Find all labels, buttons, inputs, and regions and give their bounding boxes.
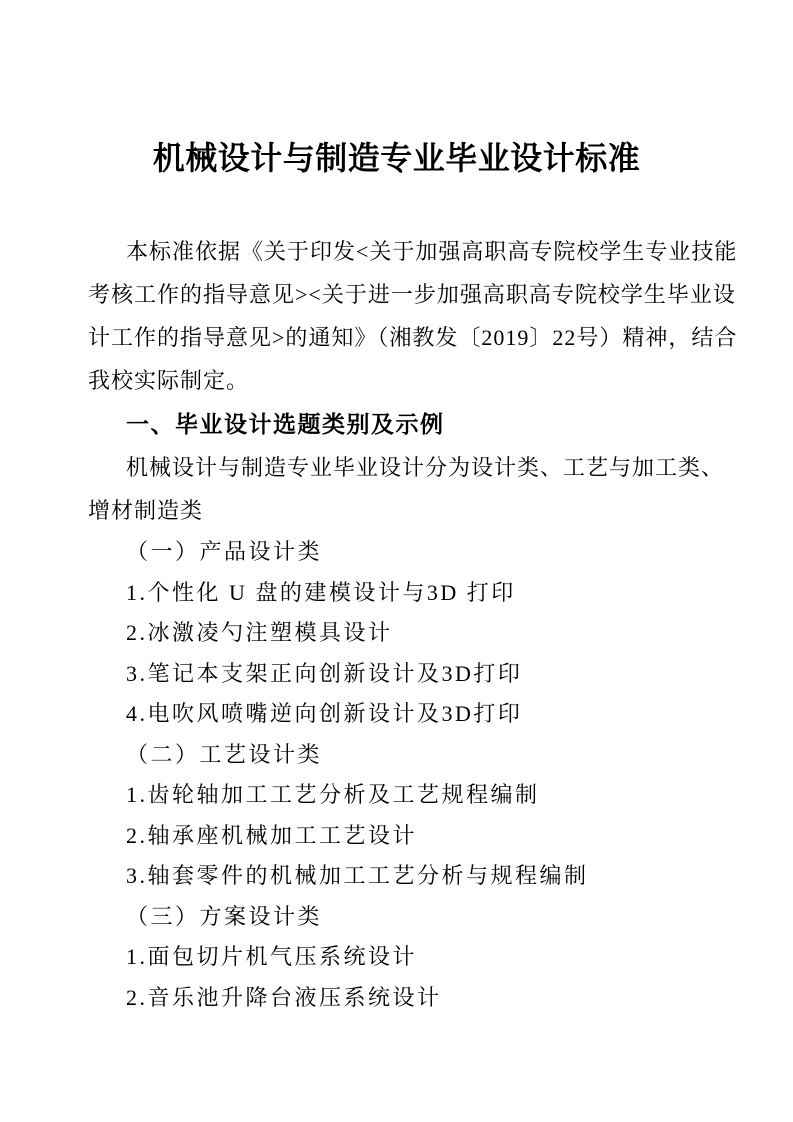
- document-page: 机械设计与制造专业毕业设计标准 本标准依据《关于印发<关于加强高职高专院校学生专…: [0, 0, 793, 1122]
- section-heading: 一、毕业设计选题类别及示例: [88, 402, 705, 446]
- category-1-label: （一）产品设计类: [88, 532, 705, 573]
- lead-line-2: 增材制造类: [88, 489, 705, 532]
- section-lead-paragraph: 机械设计与制造专业毕业设计分为设计类、工艺与加工类、 增材制造类: [88, 446, 705, 532]
- category-1-item-3: 3.笔记本支架正向创新设计及3D打印: [88, 654, 705, 695]
- category-3-item-1: 1.面包切片机气压系统设计: [88, 937, 705, 978]
- intro-line-3: 计工作的指导意见>的通知》（湘教发〔2019〕22号）精神，结合: [88, 316, 705, 359]
- category-1-item-1: 1.个性化 U 盘的建模设计与3D 打印: [88, 573, 705, 614]
- category-2-item-1: 1.齿轮轴加工工艺分析及工艺规程编制: [88, 775, 705, 816]
- lead-line-1: 机械设计与制造专业毕业设计分为设计类、工艺与加工类、: [88, 446, 705, 489]
- intro-line-2: 考核工作的指导意见><关于进一步加强高职高专院校学生毕业设: [88, 273, 705, 316]
- category-2-label: （二）工艺设计类: [88, 735, 705, 776]
- category-1-item-2: 2.冰激凌勺注塑模具设计: [88, 613, 705, 654]
- category-3-label: （三）方案设计类: [88, 897, 705, 938]
- category-3-item-2: 2.音乐池升降台液压系统设计: [88, 978, 705, 1019]
- category-2-item-3: 3.轴套零件的机械加工工艺分析与规程编制: [88, 856, 705, 897]
- topic-list: （一）产品设计类 1.个性化 U 盘的建模设计与3D 打印 2.冰激凌勺注塑模具…: [88, 532, 705, 1018]
- intro-line-1: 本标准依据《关于印发<关于加强高职高专院校学生专业技能: [88, 230, 705, 273]
- category-1-item-4: 4.电吹风喷嘴逆向创新设计及3D打印: [88, 694, 705, 735]
- document-title: 机械设计与制造专业毕业设计标准: [88, 138, 705, 178]
- intro-line-4: 我校实际制定。: [88, 359, 705, 402]
- intro-paragraph: 本标准依据《关于印发<关于加强高职高专院校学生专业技能 考核工作的指导意见><关…: [88, 230, 705, 402]
- category-2-item-2: 2.轴承座机械加工工艺设计: [88, 816, 705, 857]
